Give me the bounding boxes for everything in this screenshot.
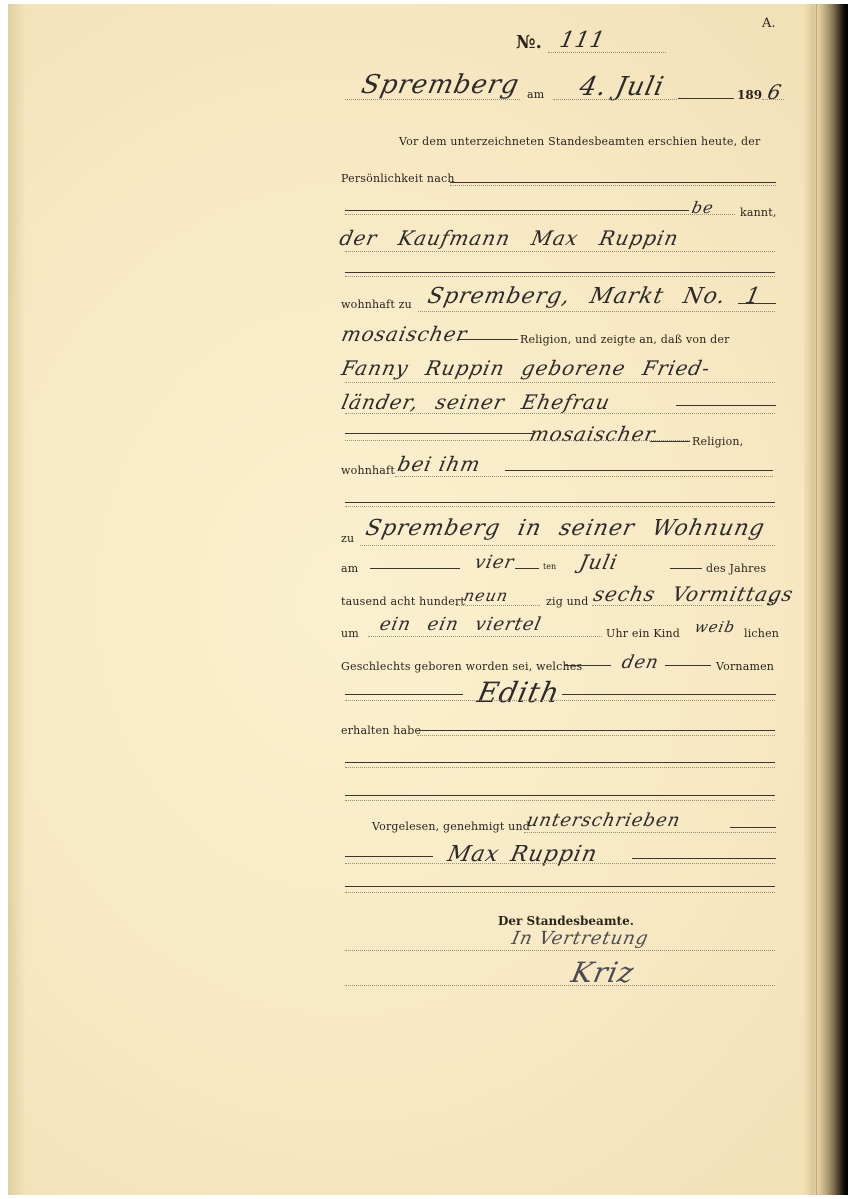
dot-line-25 <box>345 950 775 951</box>
dash-line-22 <box>730 827 776 828</box>
dot-line-11 <box>395 476 773 477</box>
dot-line-2 <box>450 185 776 186</box>
hand-year-time: sechs Vormittags <box>591 582 796 606</box>
hand-mother-name: Fanny Ruppin geborene Fried- <box>339 356 712 380</box>
date-dash <box>678 98 734 99</box>
hand-father-religion: mosaischer <box>339 322 469 346</box>
dot-line-10 <box>345 440 690 441</box>
hand-in-vertretung: In Vertretung <box>510 928 651 949</box>
dot-line-24 <box>345 892 775 893</box>
dot-line-20 <box>345 767 775 768</box>
hand-birth-time: ein ein viertel <box>378 614 544 635</box>
fill-line-11 <box>505 470 773 471</box>
dot-line-19 <box>417 735 775 736</box>
dot-line-26 <box>345 985 775 986</box>
label-religion-2: Religion, <box>692 435 743 448</box>
binding-fold-line <box>816 4 817 1195</box>
hand-residence: bei ihm <box>395 452 483 476</box>
dash-line-23a <box>345 856 433 857</box>
fill-line-12 <box>345 502 775 503</box>
dot-line-13 <box>360 545 775 546</box>
fill-line-5 <box>345 272 775 273</box>
dot-line-6 <box>418 311 775 312</box>
dot-line-3 <box>345 214 735 215</box>
label-zu: zu <box>341 532 354 545</box>
fill-line-2 <box>450 182 776 183</box>
number-line <box>548 52 666 53</box>
label-persoenlichkeit: Persönlichkeit nach <box>341 172 455 185</box>
dot-line-8 <box>345 382 775 383</box>
dot-line-18 <box>345 700 775 701</box>
hand-mother-name-cont: länder, seiner Ehefrau <box>339 390 612 414</box>
fill-line-24 <box>345 886 775 887</box>
place-handwritten: Spremberg <box>359 70 522 100</box>
date-handwritten: 4. Juli <box>577 72 667 102</box>
label-geschlechts: Geschlechts geboren worden sei, welches <box>341 660 582 673</box>
label-wohnhaft: wohnhaft <box>341 464 395 477</box>
page-edge-shadow <box>8 4 26 1195</box>
dash-line-18a <box>345 694 463 695</box>
label-s: s <box>768 595 774 608</box>
dot-line-21 <box>345 800 775 801</box>
label-ten: ten <box>543 562 556 571</box>
fill-line-20 <box>345 762 775 763</box>
hand-father-address: Spremberg, Markt No. 1 <box>425 284 763 309</box>
fill-line-19 <box>417 730 775 731</box>
hand-birth-day: vier <box>473 552 517 573</box>
hand-child-first-name: Edith <box>474 676 563 709</box>
hand-den: den <box>620 652 661 673</box>
dash-line-10b <box>650 441 690 442</box>
dash-line-14a <box>370 568 460 569</box>
hand-child-sex: weib <box>693 618 737 636</box>
date-line <box>553 99 677 100</box>
label-um: um <box>341 627 359 640</box>
label-vornamen: Vornamen <box>716 660 774 673</box>
hand-be: be <box>690 198 716 217</box>
line-intro: Vor dem unterzeichneten Standesbeamten e… <box>399 135 760 148</box>
label-erhalten-habe: erhalten habe <box>341 724 421 737</box>
hand-birth-place: Spremberg in seiner Wohnung <box>363 516 767 541</box>
label-am: am <box>341 562 358 575</box>
hand-mother-religion: mosaischer <box>527 422 657 446</box>
dash-line-14c <box>670 568 702 569</box>
book-binding <box>804 4 848 1195</box>
label-zig-und: zig und <box>546 595 588 608</box>
year-line <box>762 99 784 100</box>
label-uhr-ein-kind: Uhr ein Kind <box>606 627 680 640</box>
dot-line-16a <box>368 636 602 637</box>
hand-unterschrieben: unterschrieben <box>525 810 683 831</box>
dash-line-9 <box>676 405 776 406</box>
dash-line-23b <box>632 858 776 859</box>
dash-line-17b <box>665 665 711 666</box>
place-line <box>345 99 520 100</box>
dot-line-4 <box>345 251 775 252</box>
dot-line-23 <box>345 863 775 864</box>
label-des-jahres: des Jahres <box>706 562 766 575</box>
dash-line-10a <box>345 433 535 434</box>
am-label: am <box>527 88 544 101</box>
label-tausend: tausend acht hundert <box>341 595 465 608</box>
corner-letter: A. <box>762 16 776 31</box>
label-standesbeamte: Der Standesbeamte. <box>498 914 634 928</box>
label-vorgelesen: Vorgelesen, genehmigt und <box>372 820 530 833</box>
dash-line-6 <box>738 303 776 304</box>
dot-line-15b <box>592 605 762 606</box>
dash-line-7 <box>458 339 518 340</box>
dash-line-18b <box>562 694 776 695</box>
label-religion-zeigte: Religion, und zeigte an, daß von der <box>520 333 730 346</box>
fill-line-21 <box>345 795 775 796</box>
label-kannt: kannt, <box>740 206 777 219</box>
number-label: №. <box>516 32 542 53</box>
dash-line-14b <box>515 568 539 569</box>
label-wohnhaft-zu: wohnhaft zu <box>341 298 412 311</box>
fill-line-3 <box>345 210 689 211</box>
dot-line-12 <box>345 506 775 507</box>
dot-line-9 <box>345 413 775 414</box>
year-prefix: 189 <box>737 88 762 102</box>
dot-line-5 <box>345 276 775 277</box>
dash-line-17a <box>565 665 611 666</box>
hand-father-name: der Kaufmann Max Ruppin <box>337 226 681 250</box>
hand-birth-month: Juli <box>577 550 620 574</box>
dot-line-15a <box>456 605 540 606</box>
label-lichen: lichen <box>744 627 779 640</box>
dot-line-22 <box>524 832 776 833</box>
number-value: 111 <box>557 28 607 53</box>
hand-decade: neun <box>462 586 510 605</box>
